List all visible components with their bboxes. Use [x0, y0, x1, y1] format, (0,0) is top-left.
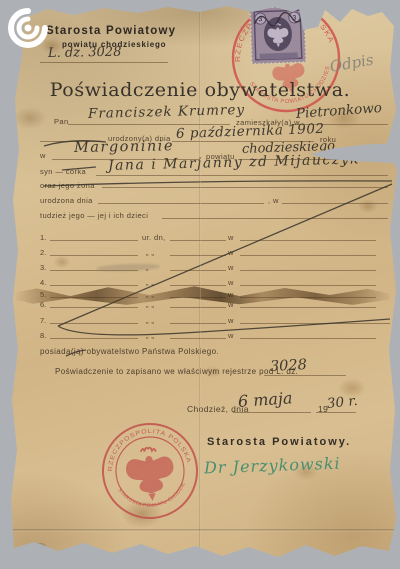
seal-ring-bottom-text: STAROSTA POWIATU CHODZIESKIEGO — [0, 0, 189, 522]
archive-watermark-spiral-logo — [8, 8, 48, 48]
seal-eagle-icon — [124, 446, 176, 503]
svg-text:STAROSTA POWIATU CHODZIESKIEGO: STAROSTA POWIATU CHODZIESKIEGO — [0, 0, 189, 522]
scan-viewport: Starosta Powiatowy powiatu chodzieskiego… — [0, 0, 400, 569]
document-paper: Starosta Powiatowy powiatu chodzieskiego… — [0, 0, 400, 569]
bottom-seal-stamp: RZECZPOSPOLITA POLSKA STAROSTA POWIATU C… — [0, 0, 400, 569]
footer-office-title: Starosta Powiatowy. — [207, 436, 351, 448]
